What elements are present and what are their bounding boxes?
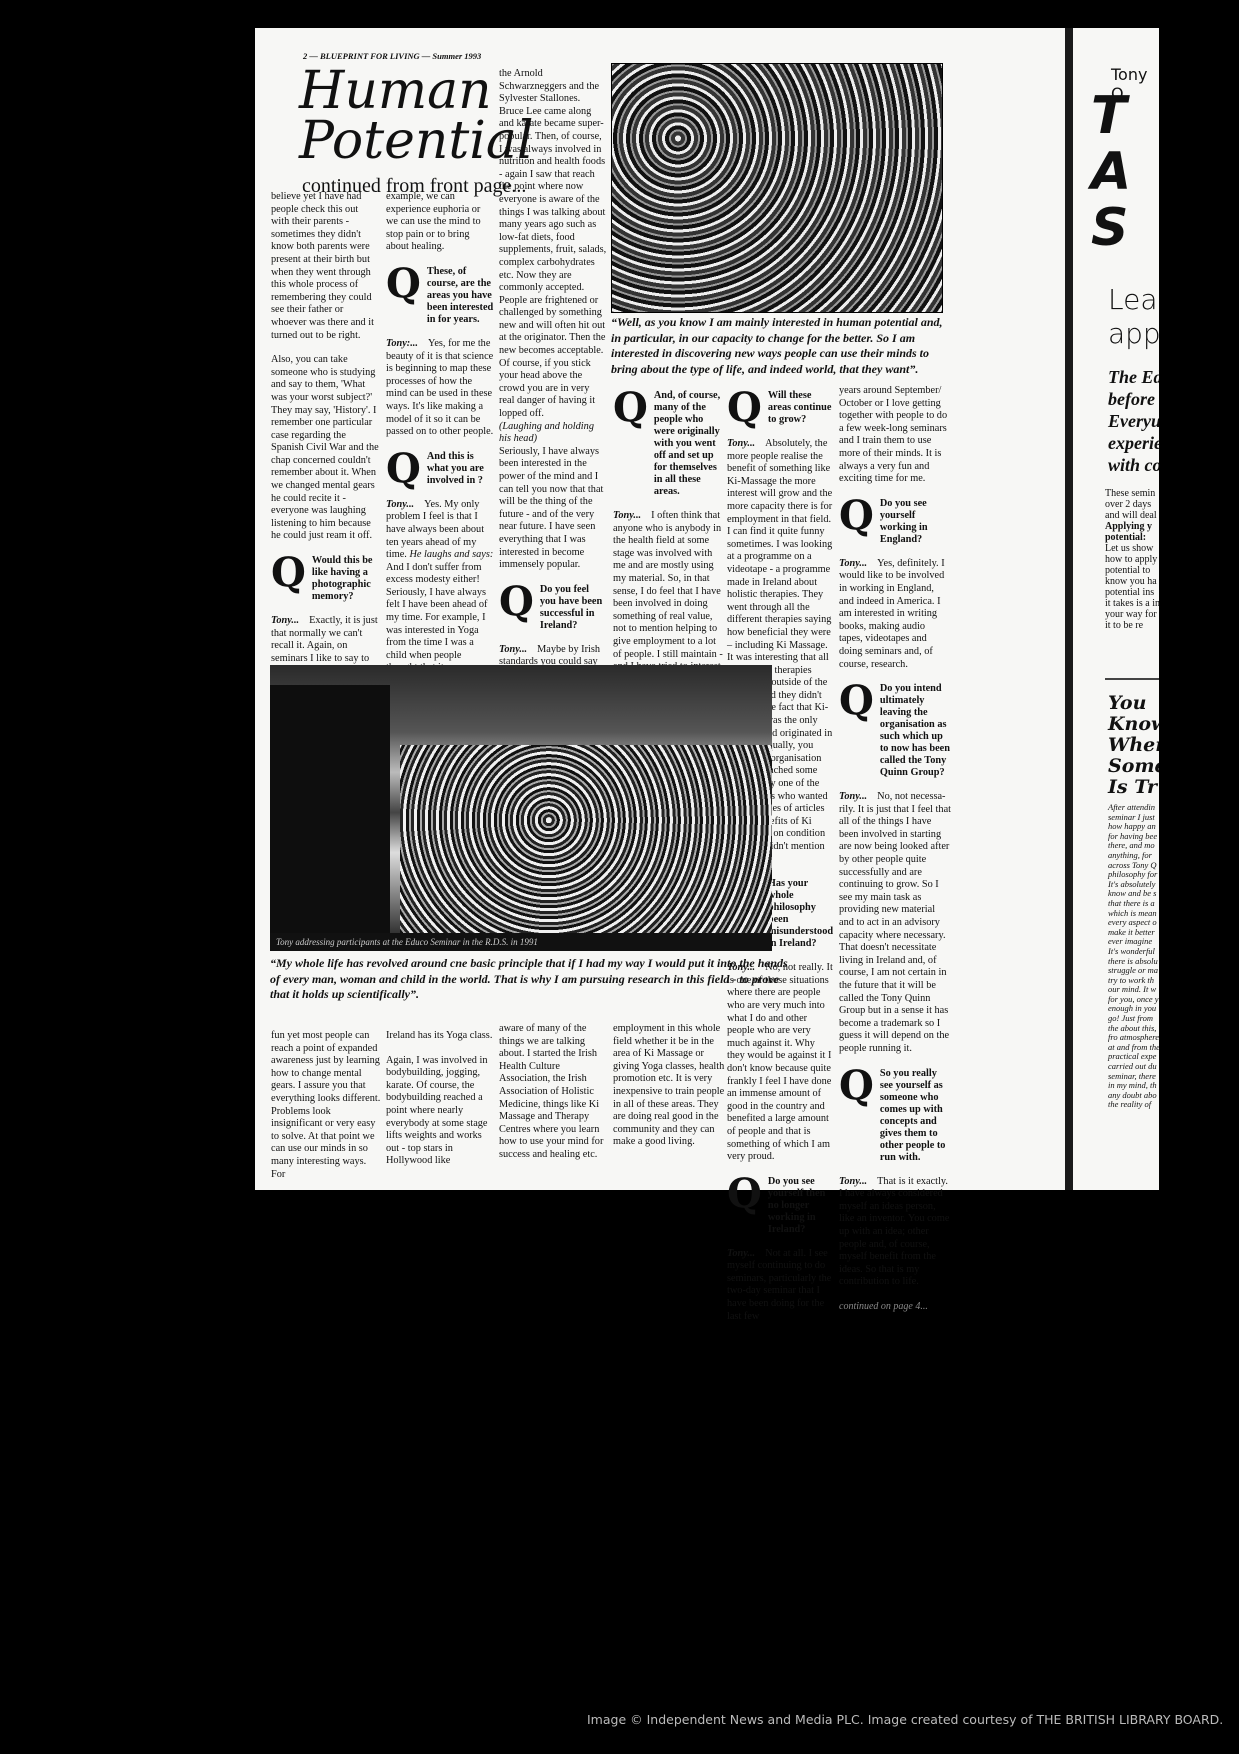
answer: Tony...Yes. My only problem I feel is th… <box>386 499 494 587</box>
next-body: These semin over 2 days and will deal Ap… <box>1105 488 1159 631</box>
column-6: years around September/ October or I lov… <box>839 385 951 1326</box>
paragraph: believe yet I have had people check this… <box>271 191 379 342</box>
question: QWill these areas continue to grow? <box>727 390 833 426</box>
question: QDo you feel you have been successful in… <box>499 584 607 632</box>
q-icon: Q <box>839 683 874 779</box>
image-credit: Image © Independent News and Media PLC. … <box>587 1712 1223 1727</box>
answer: Tony...No, not necessa-rily. It is just … <box>839 791 951 1055</box>
q-icon: Q <box>386 451 421 487</box>
answer: Tony...Not at all. I see myself continui… <box>727 1248 833 1324</box>
question: QDo you see yourself working in England? <box>839 498 951 546</box>
next-headline-2: You Know When Some Is Tr <box>1108 693 1159 798</box>
q-icon: Q <box>727 390 762 426</box>
bottom-column-2: Ireland has its Yoga class. Again, I was… <box>386 1030 494 1180</box>
q-icon: Q <box>271 555 306 603</box>
answer: Tony...That is it exactly. I have always… <box>839 1176 951 1289</box>
scan-edge <box>1159 28 1239 1190</box>
seminar-hall-photo <box>270 665 772 933</box>
q-icon: Q <box>613 390 648 498</box>
crowd-photo <box>611 63 943 313</box>
adjacent-page: Tony Q T A S Lear app The Ed before Ever… <box>1073 28 1159 1190</box>
paragraph: Also, you can take someone who is studyi… <box>271 354 379 543</box>
bottom-column-3: aware of many of the things we are talki… <box>499 1023 607 1174</box>
page-gutter <box>1065 28 1073 1190</box>
photo-caption: Tony addressing participants at the Educ… <box>270 933 772 951</box>
speaker-podium <box>270 685 390 933</box>
pull-quote-top: “Well, as you know I am mainly intereste… <box>611 315 951 377</box>
question: QThese, of course, are the areas you hav… <box>386 266 494 326</box>
rule <box>1105 678 1159 680</box>
question: QAnd, of course, many of the people who … <box>613 390 725 498</box>
bottom-column-4: employment in this whole field whether i… <box>613 1023 725 1161</box>
q-icon: Q <box>386 266 421 326</box>
testimonial: After attendin seminar I just how happy … <box>1108 803 1159 1110</box>
newspaper-page: 2 — BLUEPRINT FOR LIVING — Summer 1993 H… <box>255 28 1065 1190</box>
audience <box>400 745 772 933</box>
q-icon: Q <box>727 1176 762 1236</box>
paragraph: example, we can experience euphoria or w… <box>386 191 494 254</box>
paragraph: Seriously, I have always been interested… <box>499 446 607 572</box>
question: QDo you see yourself then no longer work… <box>727 1176 833 1236</box>
paragraph: the Arnold Schwarzneggers and the Sylves… <box>499 68 607 421</box>
q-icon: Q <box>839 1068 874 1164</box>
q-icon: Q <box>499 584 534 632</box>
answer: Tony...Yes, definitely. I would like to … <box>839 558 951 671</box>
next-intro: The Ed before Everyu experie with co <box>1108 366 1159 476</box>
question: QSo you really see yourself as someone w… <box>839 1068 951 1164</box>
question: QAnd this is what you are involved in ? <box>386 451 494 487</box>
pull-quote-middle: “My whole life has revolved around cne b… <box>270 956 790 1003</box>
continued-note: continued on page 4... <box>839 1301 951 1314</box>
next-subhead: Lear app <box>1108 283 1159 351</box>
question: QWould this be like having a photographi… <box>271 555 379 603</box>
bottom-column-1: fun yet most people can reach a point of… <box>271 1030 381 1193</box>
question: QDo you intend ultimately leaving the or… <box>839 683 951 779</box>
stage-direction: (Laughing and holding his head) <box>499 421 607 446</box>
answer: Tony:...Yes, for me the beauty of it is … <box>386 338 494 439</box>
running-head: 2 — BLUEPRINT FOR LIVING — Summer 1993 <box>303 51 481 61</box>
q-icon: Q <box>839 498 874 546</box>
next-headline: T A S <box>1091 88 1131 256</box>
paragraph: years around September/ October or I lov… <box>839 385 951 486</box>
